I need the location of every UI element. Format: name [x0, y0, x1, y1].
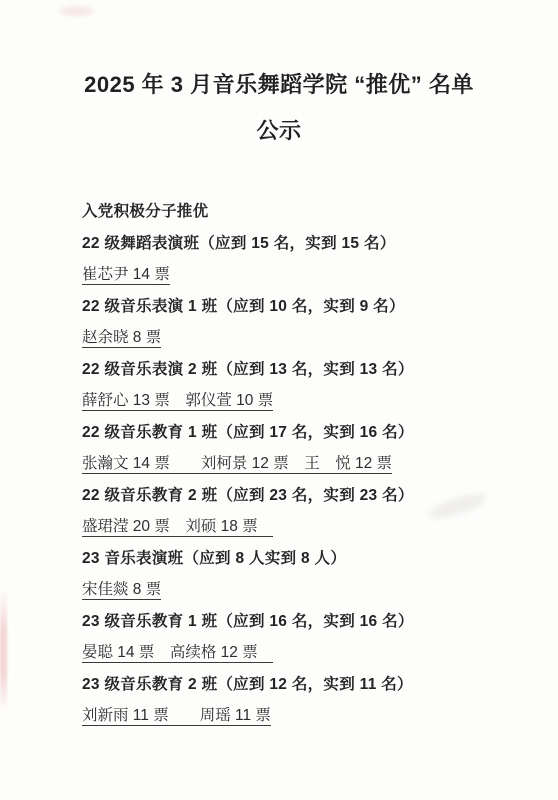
- class-heading-4: 22 级音乐教育 1 班（应到 17 名，实到 16 名）: [82, 417, 558, 449]
- document-body: 入党积极分子推优 22 级舞蹈表演班（应到 15 名，实到 15 名） 崔芯尹 …: [82, 196, 558, 732]
- candidate-votes-6: 宋佳燚 8 票: [82, 581, 161, 600]
- candidate-votes-2: 赵余晓 8 票: [82, 329, 161, 348]
- document-page: 2025 年 3 月音乐舞蹈学院 “推优” 名单 公示 入党积极分子推优 22 …: [0, 0, 558, 800]
- candidate-line-4: 张瀚文 14 票 刘柯景 12 票 王 悦 12 票: [82, 448, 558, 480]
- class-heading-1: 22 级舞蹈表演班（应到 15 名，实到 15 名）: [82, 228, 558, 260]
- candidate-votes-7: 晏聪 14 票 高续格 12 票: [82, 644, 273, 663]
- candidate-line-1: 崔芯尹 14 票: [82, 259, 558, 291]
- candidate-line-5: 盛珺滢 20 票 刘硕 18 票: [82, 511, 558, 543]
- document-title-line2: 公示: [0, 120, 558, 142]
- document-title: 2025 年 3 月音乐舞蹈学院 “推优” 名单: [0, 74, 558, 96]
- class-heading-8: 23 级音乐教育 2 班（应到 12 名，实到 11 名）: [82, 669, 558, 701]
- class-heading-2: 22 级音乐表演 1 班（应到 10 名，实到 9 名）: [82, 291, 558, 323]
- candidate-line-2: 赵余晓 8 票: [82, 322, 558, 354]
- candidate-votes-8: 刘新雨 11 票 周瑶 11 票: [82, 707, 271, 726]
- candidate-votes-4: 张瀚文 14 票 刘柯景 12 票 王 悦 12 票: [82, 455, 392, 474]
- candidate-votes-3: 薛舒心 13 票 郭仪萱 10 票: [82, 392, 273, 411]
- class-heading-3: 22 级音乐表演 2 班（应到 13 名，实到 13 名）: [82, 354, 558, 386]
- class-heading-6: 23 音乐表演班（应到 8 人实到 8 人）: [82, 543, 558, 575]
- title-block: 2025 年 3 月音乐舞蹈学院 “推优” 名单 公示: [0, 0, 558, 142]
- candidate-line-8: 刘新雨 11 票 周瑶 11 票: [82, 700, 558, 732]
- scan-smudge-artifact: [60, 6, 94, 16]
- scan-edge-artifact: [0, 590, 7, 710]
- candidate-votes-5: 盛珺滢 20 票 刘硕 18 票: [82, 518, 273, 537]
- class-heading-7: 23 级音乐教育 1 班（应到 16 名，实到 16 名）: [82, 606, 558, 638]
- candidate-line-3: 薛舒心 13 票 郭仪萱 10 票: [82, 385, 558, 417]
- section-heading: 入党积极分子推优: [82, 196, 558, 228]
- candidate-votes-1: 崔芯尹 14 票: [82, 266, 170, 285]
- class-heading-5: 22 级音乐教育 2 班（应到 23 名，实到 23 名）: [82, 480, 558, 512]
- candidate-line-6: 宋佳燚 8 票: [82, 574, 558, 606]
- candidate-line-7: 晏聪 14 票 高续格 12 票: [82, 637, 558, 669]
